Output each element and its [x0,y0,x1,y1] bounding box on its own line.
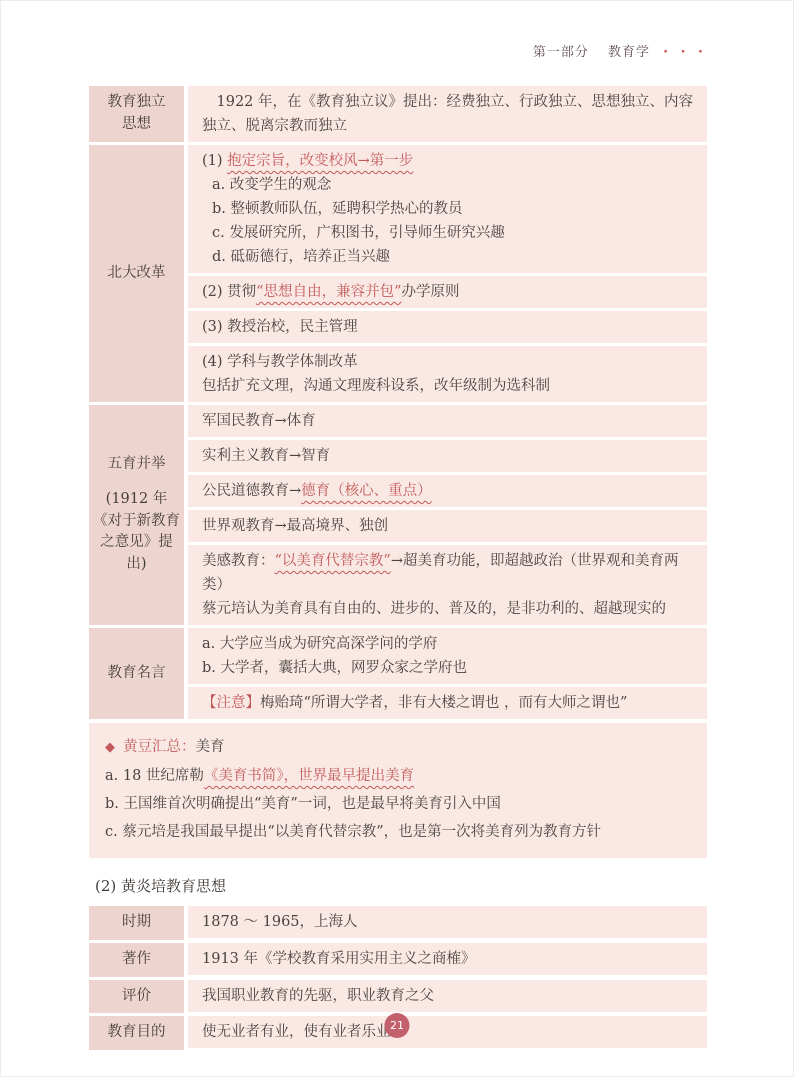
page-number-badge: 21 [385,1013,410,1038]
content-cell-note: 【注意】梅贻琦“所谓大学者，非有大楼之谓也 ，而有大师之谓也” [188,687,707,719]
cell-text: 1878 ～ 1965，上海人 [202,914,358,930]
cell-text: 使无业者有业，使有业者乐业 [202,1024,391,1040]
row-content: 使无业者有业，使有业者乐业 [188,1016,707,1050]
row-label-line2: 思想 [122,114,151,136]
cell-text: 世界观教育→最高境界、独创 [202,518,388,534]
cell-line: 包括扩充文理，沟通文理废科设系，改年级制为选科制 [202,374,693,398]
note-text: 梅贻琦“所谓大学者，非有大楼之谓也 ，而有大师之谓也” [260,695,627,711]
row-label-text: 教育名言 [108,663,166,685]
content-cell: 1922 年，在《教育独立议》提出：经费独立、行政独立、思想独立、内容独立、脱离… [188,86,707,142]
row-label-text: 评价 [122,986,151,1008]
cell-line: (1) 抱定宗旨，改变校风→第一步 [202,149,693,173]
huangdou-summary-block: ◆黄豆汇总：美育 a. 18 世纪席勒《美育书简》，世界最早提出美育 b. 王国… [89,723,707,858]
cell-text: 军国民教育→体育 [202,413,316,429]
row-label: 五育并举 (1912 年《对于新教育之意见》提出) [89,405,184,625]
row-label: 教育目的 [89,1016,184,1050]
main-content: 教育独立 思想 1922 年，在《教育独立议》提出：经费独立、行政独立、思想独立… [89,86,707,1053]
cell-line: 美感教育：“以美育代替宗教”→超美育功能，即超越政治（世界观和美育两类） [202,549,693,597]
page-header: 第一部分 教育学 · · · [533,41,707,60]
row-label-note: (1912 年《对于新教育之意见》提出) [92,489,181,576]
table-row-education-independence: 教育独立 思想 1922 年，在《教育独立议》提出：经费独立、行政独立、思想独立… [89,86,707,142]
highlighted-phrase: “以美育代替宗教” [275,553,391,569]
line-prefix: a. 18 世纪席勒 [105,768,204,784]
row-label-text: 时期 [122,912,151,934]
table-row-evaluation: 评价 我国职业教育的先驱，职业教育之父 [89,980,707,1014]
row-label: 著作 [89,943,184,977]
row-content: 1878 ～ 1965，上海人 [188,906,707,940]
list-item: a. 改变学生的观念 [202,173,693,197]
content-cell: (2) 贯彻“思想自由，兼容并包”办学原则 [188,276,707,308]
row-content: (1) 抱定宗旨，改变校风→第一步 a. 改变学生的观念 b. 整顿教师队伍，延… [188,145,707,402]
row-label-text: 北大改革 [108,263,166,285]
row-label-text: 教育目的 [108,1022,166,1044]
header-subject-label: 教育学 [608,45,650,60]
cell-text: 1913 年《学校教育采用实用主义之商榷》 [202,951,476,967]
row-label: 教育名言 [89,628,184,719]
cell-text: 我国职业教育的先驱，职业教育之父 [202,988,434,1004]
row-content: 1913 年《学校教育采用实用主义之商榷》 [188,943,707,977]
cai-yuanpei-table: 教育独立 思想 1922 年，在《教育独立议》提出：经费独立、行政独立、思想独立… [89,86,707,719]
line-prefix: 美感教育： [202,553,275,569]
row-label: 北大改革 [89,145,184,402]
summary-title-line: ◆黄豆汇总：美育 [105,733,691,762]
header-part-label: 第一部分 [533,45,589,60]
row-label-text: 著作 [122,949,151,971]
content-cell: a. 大学应当成为研究高深学问的学府 b. 大学者，囊括大典，网罗众家之学府也 [188,628,707,684]
table-row-famous-quotes: 教育名言 a. 大学应当成为研究高深学问的学府 b. 大学者，囊括大典，网罗众家… [89,628,707,719]
diamond-icon: ◆ [105,740,115,755]
cell-text: (3) 教授治校，民主管理 [202,319,358,335]
line-suffix: 办学原则 [401,284,459,300]
content-cell: (3) 教授治校，民主管理 [188,311,707,343]
line-prefix: (2) 贯彻 [202,284,256,300]
line-prefix: 公民道德教育→ [202,483,301,499]
row-content: 我国职业教育的先驱，职业教育之父 [188,980,707,1014]
content-cell: 实利主义教育→智育 [188,440,707,472]
section-heading-huang-yanpei: (2) 黄炎培教育思想 [95,875,707,896]
summary-title-topic: 美育 [196,739,225,755]
highlighted-phrase: “思想自由，兼容并包” [256,284,401,300]
summary-item: c. 蔡元培是我国最早提出“以美育代替宗教”，也是第一次将美育列为教育方针 [105,818,691,846]
row-content: 军国民教育→体育 实利主义教育→智育 公民道德教育→德育（核心、重点） 世界观教… [188,405,707,625]
cell-line: 蔡元培认为美育具有自由的、进步的、普及的，是非功利的、超越现实的 [202,597,693,621]
content-cell: (4) 学科与教学体制改革 包括扩充文理，沟通文理废科设系，改年级制为选科制 [188,346,707,402]
content-cell: 使无业者有业，使有业者乐业 [188,1016,707,1048]
cell-text: 实利主义教育→智育 [202,448,330,464]
summary-title: 黄豆汇总： [123,739,196,755]
content-cell: 1913 年《学校教育采用实用主义之商榷》 [188,943,707,975]
row-label: 教育独立 思想 [89,86,184,142]
table-row-works: 著作 1913 年《学校教育采用实用主义之商榷》 [89,943,707,977]
content-cell: 公民道德教育→德育（核心、重点） [188,475,707,507]
header-dots-icon: · · · [663,45,707,60]
content-cell: 我国职业教育的先驱，职业教育之父 [188,980,707,1012]
row-label-line1: 教育独立 [108,92,166,114]
content-cell: 军国民教育→体育 [188,405,707,437]
list-item: b. 整顿教师队伍，延聘积学热心的教员 [202,197,693,221]
row-label-main: 五育并举 [108,454,166,476]
row-label: 评价 [89,980,184,1014]
row-content: 1922 年，在《教育独立议》提出：经费独立、行政独立、思想独立、内容独立、脱离… [188,86,707,142]
content-cell: (1) 抱定宗旨，改变校风→第一步 a. 改变学生的观念 b. 整顿教师队伍，延… [188,145,707,273]
list-item: a. 大学应当成为研究高深学问的学府 [202,632,693,656]
content-cell: 1878 ～ 1965，上海人 [188,906,707,938]
content-cell: 世界观教育→最高境界、独创 [188,510,707,542]
highlighted-phrase: 《美育书简》，世界最早提出美育 [204,768,414,784]
list-item: d. 砥砺德行，培养正当兴趣 [202,245,693,269]
list-item: c. 发展研究所，广积图书，引导师生研究兴趣 [202,221,693,245]
cell-line: (4) 学科与教学体制改革 [202,350,693,374]
line-prefix: (1) [202,153,227,169]
summary-item: a. 18 世纪席勒《美育书简》，世界最早提出美育 [105,762,691,790]
list-item: b. 大学者，囊括大典，网罗众家之学府也 [202,656,693,680]
row-label: 时期 [89,906,184,940]
table-row-peking-university-reform: 北大改革 (1) 抱定宗旨，改变校风→第一步 a. 改变学生的观念 b. 整顿教… [89,145,707,402]
summary-item: b. 王国维首次明确提出“美育”一词，也是最早将美育引入中国 [105,790,691,818]
table-row-five-educations: 五育并举 (1912 年《对于新教育之意见》提出) 军国民教育→体育 实利主义教… [89,405,707,625]
highlighted-phrase: 德育（核心、重点） [301,483,432,499]
document-page: 第一部分 教育学 · · · 教育独立 思想 1922 年，在《教育独立议》提出… [0,0,794,1077]
row-content: a. 大学应当成为研究高深学问的学府 b. 大学者，囊括大典，网罗众家之学府也 … [188,628,707,719]
content-cell: 美感教育：“以美育代替宗教”→超美育功能，即超越政治（世界观和美育两类） 蔡元培… [188,545,707,625]
table-row-period: 时期 1878 ～ 1965，上海人 [89,906,707,940]
highlighted-phrase: 抱定宗旨，改变校风→第一步 [227,153,413,169]
cell-text: 1922 年，在《教育独立议》提出：经费独立、行政独立、思想独立、内容独立、脱离… [202,90,693,138]
note-tag: 【注意】 [202,695,260,711]
